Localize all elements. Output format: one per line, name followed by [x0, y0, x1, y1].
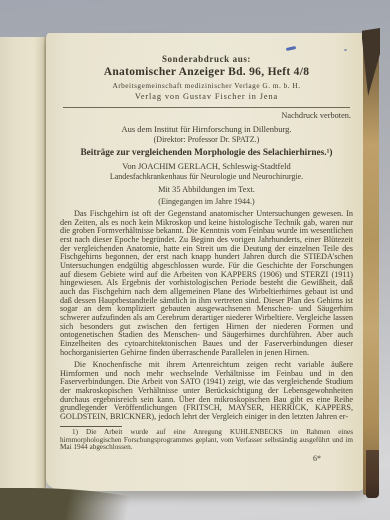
series-note: Sonderabdruck aus:: [60, 54, 353, 64]
footnote-rule: [60, 426, 122, 427]
figures-note: Mit 35 Abbildungen im Text.: [60, 185, 353, 194]
book-photo: Sonderabdruck aus: Anatomischer Anzeiger…: [0, 0, 390, 520]
publisher-line: Verlag von Gustav Fischer in Jena: [60, 92, 353, 101]
author-line: Von JOACHIM GERLACH, Schleswig-Stadtfeld: [60, 161, 353, 171]
article-title: Beiträge zur vergleichenden Morphologie …: [60, 148, 353, 158]
journal-title: Anatomischer Anzeiger Bd. 96, Heft 4/8: [60, 66, 353, 78]
director-line: (Direktor: Professor Dr. SPATZ.): [60, 135, 353, 144]
affiliation-line: Landesfachkrankenhaus für Neurologie und…: [60, 172, 353, 181]
cover-edge-bottom: [366, 450, 379, 498]
received-note: (Eingegangen im Jahre 1944.): [60, 197, 353, 206]
header-rule: [63, 107, 350, 108]
pen-dot: [344, 49, 347, 51]
signature-mark: 6*: [60, 454, 353, 463]
institute-line: Aus dem Institut für Hirnforschung in Di…: [60, 124, 353, 134]
page-shadow: [0, 488, 178, 520]
publisher-group: Arbeitsgemeinschaft medizinischer Verlag…: [60, 81, 353, 90]
book-fore-edge: [363, 34, 379, 495]
body-paragraph-1: Das Fischgehirn ist oft der Gegenstand a…: [60, 210, 353, 357]
reprint-notice: Nachdruck verboten.: [60, 111, 353, 120]
footnote-text: 1) Die Arbeit wurde auf eine Anregung KU…: [60, 429, 353, 452]
left-page-gutter: [0, 37, 46, 500]
body-paragraph-2: Die Knochenfische mit ihrem Artenreichtu…: [60, 361, 353, 422]
page-text: Sonderabdruck aus: Anatomischer Anzeiger…: [60, 54, 353, 463]
